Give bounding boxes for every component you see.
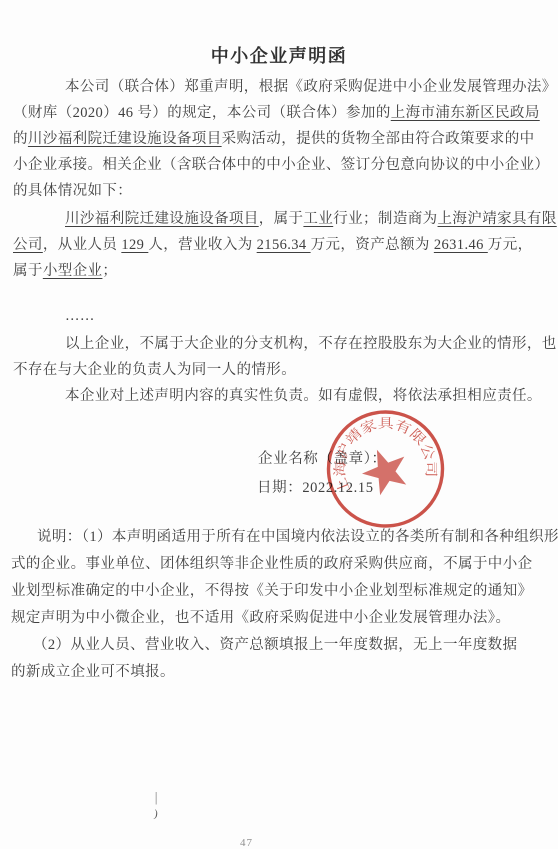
document-title: 中小企业声明函 — [0, 42, 558, 68]
text-segment: 行业；制造商为 — [333, 211, 437, 227]
text-line: 的具体情况如下： — [13, 178, 557, 204]
document-page: 中小企业声明函 本公司（联合体）郑重声明，根据《政府采购促进中小企业发展管理办法… — [0, 0, 558, 849]
text-line: 本企业对上述声明内容的真实性负责。如有虚假，将依法承担相应责任。 — [13, 383, 542, 409]
text-line: 的新成立企业可不填报。 — [11, 659, 558, 686]
notes: 说明：（1）本声明函适用于所有在中国境内依法设立的各类所有制和各种组织形式的企业… — [11, 524, 558, 686]
underlined-text: 上海市浦东新区民政局 — [391, 105, 540, 121]
text-line: 公司，从业人员 129 人，营业收入为 2156.34 万元，资产总额为 263… — [13, 232, 557, 258]
text-segment: 万元， — [488, 237, 533, 253]
seal-star-icon — [356, 441, 415, 498]
underlined-text: 川沙福利院迁建设施设备项目 — [65, 211, 259, 227]
text-segment: …… — [65, 308, 95, 324]
text-line: 式的企业。事业单位、团体组织等非企业性质的政府采购供应商，不属于中小企 — [11, 551, 558, 578]
underlined-text: 上海沪靖家具有限 — [438, 211, 557, 227]
text-segment: 的 — [13, 131, 28, 147]
para-ellipsis: …… — [13, 303, 95, 329]
text-segment: ； — [102, 263, 117, 279]
underlined-text: 工业 — [303, 211, 333, 227]
text-line: 小企业承接。相关企业（含联合体中的中小企业、签订分包意向协议的中小企业） — [13, 152, 557, 178]
text-segment: 小企业承接。相关企业（含联合体中的中小企业、签订分包意向协议的中小企业） — [13, 157, 549, 173]
text-segment: 规定声明为中小微企业，也不适用《政府采购促进中小企业发展管理办法》。 — [11, 610, 510, 626]
underlined-text: 2156.34 — [257, 237, 311, 253]
text-line: 的川沙福利院迁建设施设备项目采购活动，提供的货物全部由符合政策要求的中 — [13, 126, 557, 152]
text-segment: （2）从业人员、营业收入、资产总额填报上一年度数据，无上一年度数据 — [33, 637, 517, 653]
text-line: 不存在与大企业的负责人为同一人的情形。 — [13, 357, 557, 383]
underlined-text: 129 — [121, 237, 148, 253]
text-segment: 属于 — [13, 263, 43, 279]
text-segment: 本公司（联合体）郑重声明，根据《政府采购促进中小企业发展管理办法》 — [65, 79, 557, 95]
page-number: 47 — [240, 837, 253, 849]
company-seal-stamp: 上海沪靖家具有限公司 — [316, 400, 455, 538]
text-segment: 万元，资产总额为 — [311, 237, 434, 253]
text-segment: 的新成立企业可不填报。 — [11, 664, 175, 680]
para-declaration: 本公司（联合体）郑重声明，根据《政府采购促进中小企业发展管理办法》（财库（202… — [13, 74, 557, 204]
text-segment: 以上企业，不属于大企业的分支机构，不存在控股股东为大企业的情形，也 — [65, 336, 557, 352]
text-line: 业划型标准确定的中小企业，不得按《关于印发中小企业划型标准规定的通知》 — [11, 578, 558, 605]
underlined-text: 川沙福利院迁建设施设备项目 — [28, 131, 222, 147]
text-segment: 式的企业。事业单位、团体组织等非企业性质的政府采购供应商，不属于中小企 — [11, 556, 533, 572]
text-line: 规定声明为中小微企业，也不适用《政府采购促进中小企业发展管理办法》。 — [11, 605, 558, 632]
underlined-text: 2631.46 — [434, 237, 488, 253]
text-segment: 不存在与大企业的负责人为同一人的情形。 — [13, 362, 296, 378]
text-segment: （财库（2020）46 号）的规定，本公司（联合体）参加的 — [13, 105, 391, 121]
text-segment: 本企业对上述声明内容的真实性负责。如有虚假，将依法承担相应责任。 — [65, 388, 542, 404]
text-segment: 人，营业收入为 — [148, 237, 256, 253]
text-line: …… — [13, 303, 95, 329]
text-line: 本公司（联合体）郑重声明，根据《政府采购促进中小企业发展管理办法》 — [13, 74, 557, 100]
underlined-text: 公司 — [13, 237, 43, 253]
text-line: 川沙福利院迁建设施设备项目，属于工业行业；制造商为上海沪靖家具有限 — [13, 206, 557, 232]
date-label: 日期： — [257, 480, 302, 496]
text-segment: ，从业人员 — [43, 237, 122, 253]
text-line: （2）从业人员、营业收入、资产总额填报上一年度数据，无上一年度数据 — [11, 632, 558, 659]
scan-artifact-mark-top: | — [155, 791, 157, 805]
text-line: （财库（2020）46 号）的规定，本公司（联合体）参加的上海市浦东新区民政局 — [13, 100, 557, 126]
scan-artifact-mark-bottom: ) — [153, 808, 158, 820]
text-line: 说明：（1）本声明函适用于所有在中国境内依法设立的各类所有制和各种组织形 — [11, 524, 558, 551]
underlined-text: 小型企业 — [43, 263, 103, 279]
para-responsibility: 本企业对上述声明内容的真实性负责。如有虚假，将依法承担相应责任。 — [13, 383, 542, 409]
text-segment: 的具体情况如下： — [13, 183, 132, 199]
para-no-affiliation: 以上企业，不属于大企业的分支机构，不存在控股股东为大企业的情形，也不存在与大企业… — [13, 331, 557, 383]
text-segment: ，属于 — [259, 211, 304, 227]
text-segment: 采购活动，提供的货物全部由符合政策要求的中 — [222, 131, 535, 147]
text-segment: 说明：（1）本声明函适用于所有在中国境内依法设立的各类所有制和各种组织形 — [37, 529, 558, 545]
para-enterprise-detail: 川沙福利院迁建设施设备项目，属于工业行业；制造商为上海沪靖家具有限公司，从业人员… — [13, 206, 557, 284]
text-line: 以上企业，不属于大企业的分支机构，不存在控股股东为大企业的情形，也 — [13, 331, 557, 357]
text-segment: 业划型标准确定的中小企业，不得按《关于印发中小企业划型标准规定的通知》 — [11, 583, 533, 599]
text-line: 属于小型企业； — [13, 258, 557, 284]
